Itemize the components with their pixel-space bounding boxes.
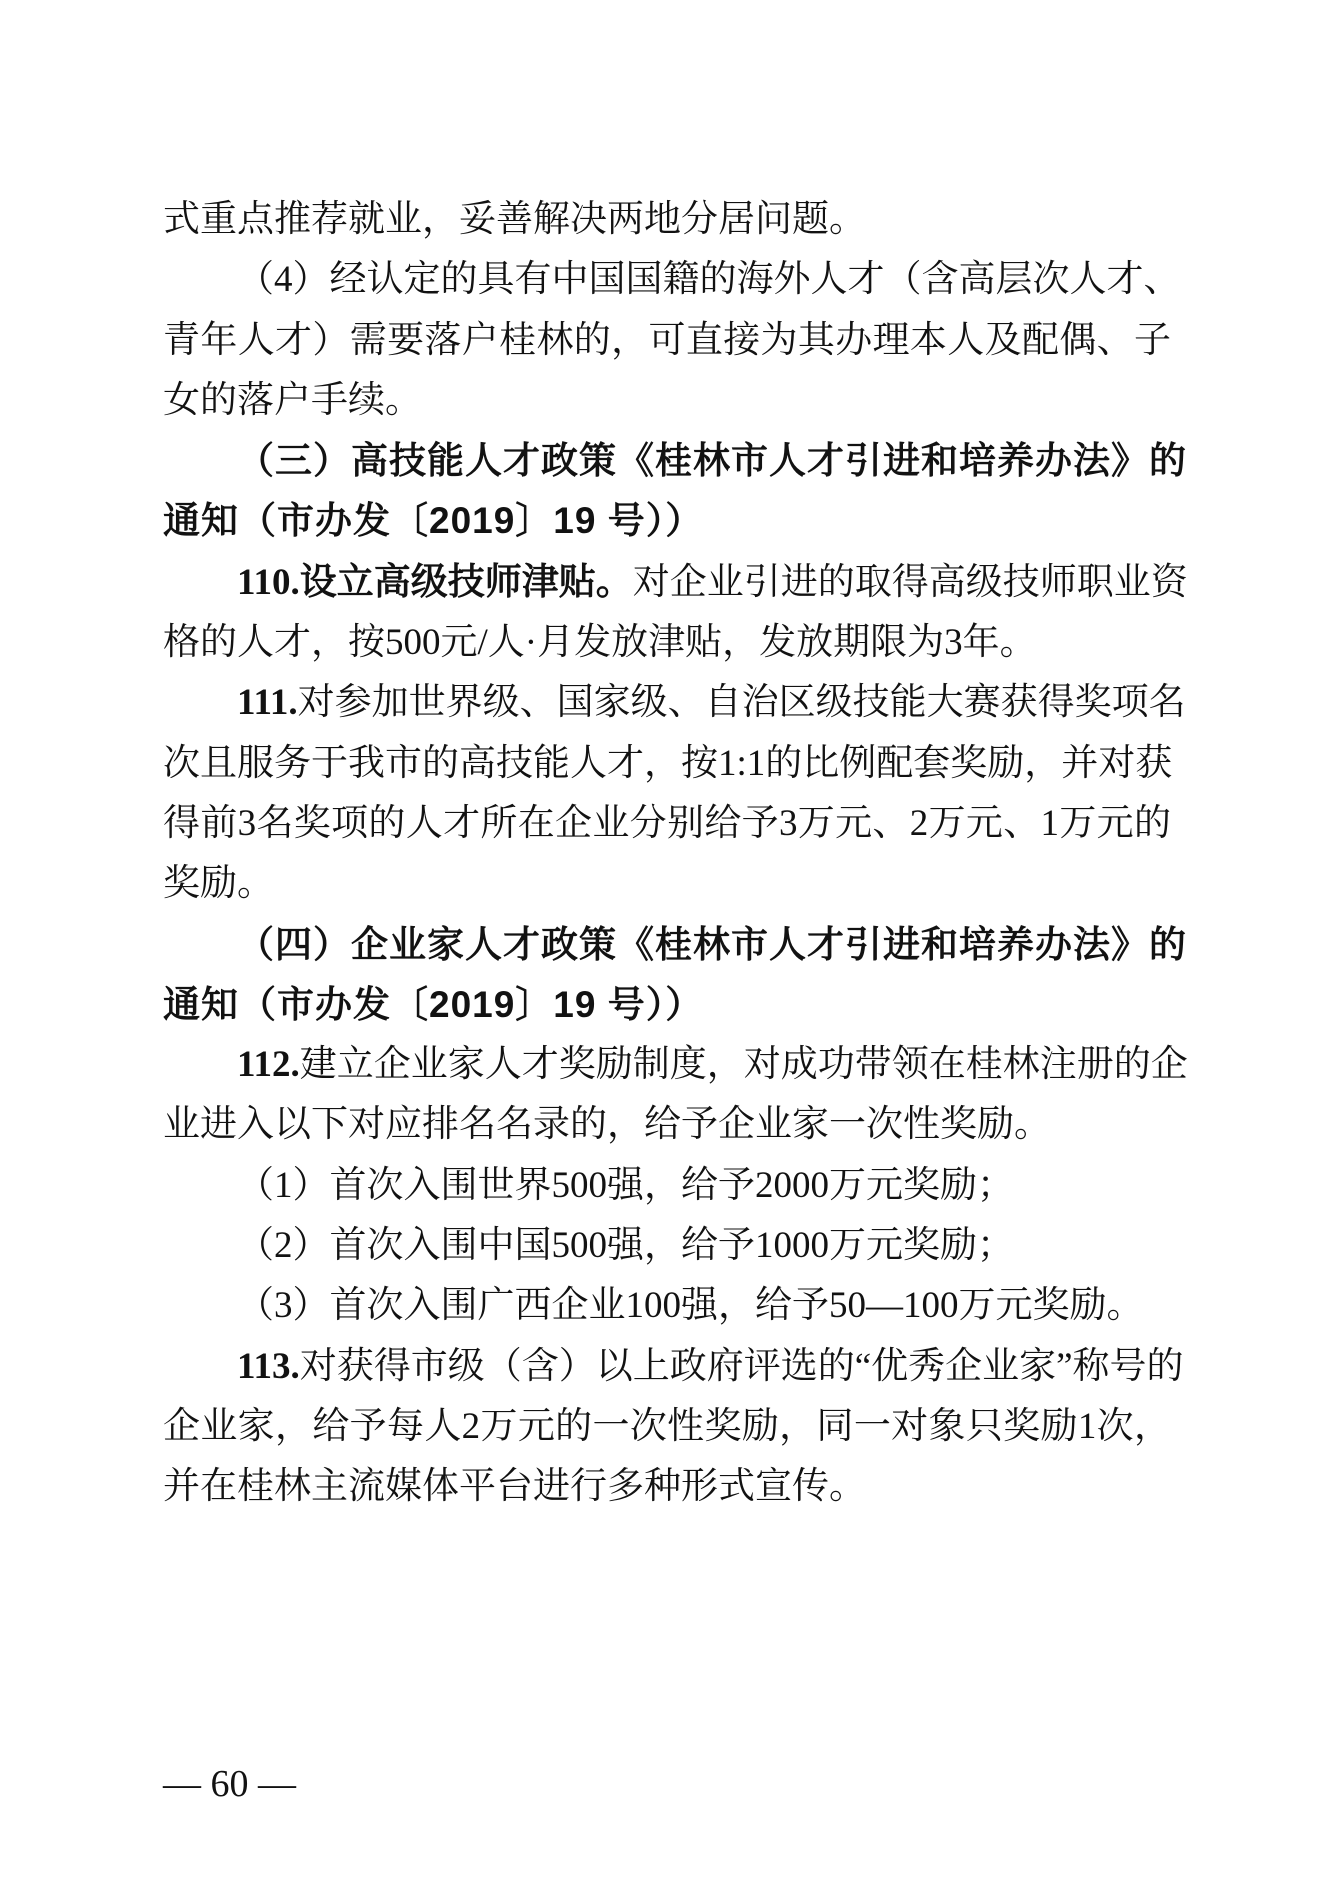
line-text: （3）首次入围广西企业100强，给予50—100万元奖励。 bbox=[237, 1285, 1144, 1326]
text-line: （4）经认定的具有中国国籍的海外人才（含高层次人才、 bbox=[163, 250, 1171, 310]
list-item: （1）首次入围世界500强，给予2000万元奖励； bbox=[163, 1156, 1171, 1216]
line-text: 通知（市办发〔2019〕19 号）） bbox=[163, 500, 703, 541]
line-text: 式重点推荐就业，妥善解决两地分居问题。 bbox=[163, 199, 866, 240]
line-text: （三）高技能人才政策《桂林市人才引进和培养办法》的 bbox=[237, 440, 1187, 481]
line-text: 对获得市级（含）以上政府评选的“优秀企业家”称号的 bbox=[300, 1346, 1184, 1387]
line-text: 建立企业家人才奖励制度，对成功带领在桂林注册的企 bbox=[300, 1044, 1188, 1085]
item-number: 111. bbox=[237, 682, 298, 723]
item-number: 112. bbox=[237, 1044, 300, 1085]
line-text: 女的落户手续。 bbox=[163, 380, 422, 421]
line-text: 并在桂林主流媒体平台进行多种形式宣传。 bbox=[163, 1466, 866, 1507]
text-line: 企业家，给予每人2万元的一次性奖励，同一对象只奖励1次， bbox=[163, 1397, 1171, 1457]
line-text: 业进入以下对应排名名录的，给予企业家一次性奖励。 bbox=[163, 1104, 1051, 1145]
document-page: 式重点推荐就业，妥善解决两地分居问题。 （4）经认定的具有中国国籍的海外人才（含… bbox=[0, 0, 1339, 1890]
text-line: 得前3名奖项的人才所在企业分别给予3万元、2万元、1万元的 bbox=[163, 794, 1171, 854]
document-body: 式重点推荐就业，妥善解决两地分居问题。 （4）经认定的具有中国国籍的海外人才（含… bbox=[163, 190, 1171, 1518]
text-line: 奖励。 bbox=[163, 854, 1171, 914]
line-text: 格的人才，按500元/人·月发放津贴，发放期限为3年。 bbox=[163, 622, 1037, 663]
text-line: 113.对获得市级（含）以上政府评选的“优秀企业家”称号的 bbox=[163, 1337, 1171, 1397]
line-text: （四）企业家人才政策《桂林市人才引进和培养办法》的 bbox=[237, 924, 1187, 965]
page-number: — 60 — bbox=[163, 1762, 296, 1806]
text-line: 110.设立高级技师津贴。对企业引进的取得高级技师职业资 bbox=[163, 552, 1171, 613]
item-number: 110. bbox=[237, 562, 300, 603]
section-heading-4: （四）企业家人才政策《桂林市人才引进和培养办法》的 bbox=[163, 915, 1171, 975]
line-text: 通知（市办发〔2019〕19 号）） bbox=[163, 984, 703, 1025]
line-text: 次且服务于我市的高技能人才，按1:1的比例配套奖励，并对获 bbox=[163, 743, 1172, 784]
section-heading-3-continued: 通知（市办发〔2019〕19 号）） bbox=[163, 491, 1171, 551]
text-line: 格的人才，按500元/人·月发放津贴，发放期限为3年。 bbox=[163, 613, 1171, 673]
section-heading-3: （三）高技能人才政策《桂林市人才引进和培养办法》的 bbox=[163, 431, 1171, 491]
list-item: （2）首次入围中国500强，给予1000万元奖励； bbox=[163, 1216, 1171, 1276]
text-line: 业进入以下对应排名名录的，给予企业家一次性奖励。 bbox=[163, 1095, 1171, 1155]
line-text: 得前3名奖项的人才所在企业分别给予3万元、2万元、1万元的 bbox=[163, 803, 1171, 844]
line-text: 青年人才）需要落户桂林的，可直接为其办理本人及配偶、子 bbox=[163, 320, 1171, 361]
text-line: 女的落户手续。 bbox=[163, 371, 1171, 431]
line-text: 对参加世界级、国家级、自治区级技能大赛获得奖项名 bbox=[298, 682, 1186, 723]
text-line: 式重点推荐就业，妥善解决两地分居问题。 bbox=[163, 190, 1171, 250]
item-number: 113. bbox=[237, 1346, 300, 1387]
list-item: （3）首次入围广西企业100强，给予50—100万元奖励。 bbox=[163, 1276, 1171, 1336]
text-line: 次且服务于我市的高技能人才，按1:1的比例配套奖励，并对获 bbox=[163, 734, 1171, 794]
text-line: 112.建立企业家人才奖励制度，对成功带领在桂林注册的企 bbox=[163, 1035, 1171, 1095]
text-line: 111.对参加世界级、国家级、自治区级技能大赛获得奖项名 bbox=[163, 673, 1171, 733]
text-line: 并在桂林主流媒体平台进行多种形式宣传。 bbox=[163, 1457, 1171, 1517]
line-text: （2）首次入围中国500强，给予1000万元奖励； bbox=[237, 1225, 1014, 1266]
text-line: 青年人才）需要落户桂林的，可直接为其办理本人及配偶、子 bbox=[163, 311, 1171, 371]
line-text: 企业家，给予每人2万元的一次性奖励，同一对象只奖励1次， bbox=[163, 1406, 1171, 1447]
line-text: 对企业引进的取得高级技师职业资 bbox=[633, 562, 1188, 603]
line-text: （4）经认定的具有中国国籍的海外人才（含高层次人才、 bbox=[237, 259, 1181, 300]
item-run-in-heading: 设立高级技师津贴。 bbox=[300, 561, 633, 602]
line-text: （1）首次入围世界500强，给予2000万元奖励； bbox=[237, 1165, 1014, 1206]
section-heading-4-continued: 通知（市办发〔2019〕19 号）） bbox=[163, 975, 1171, 1035]
line-text: 奖励。 bbox=[163, 863, 274, 904]
